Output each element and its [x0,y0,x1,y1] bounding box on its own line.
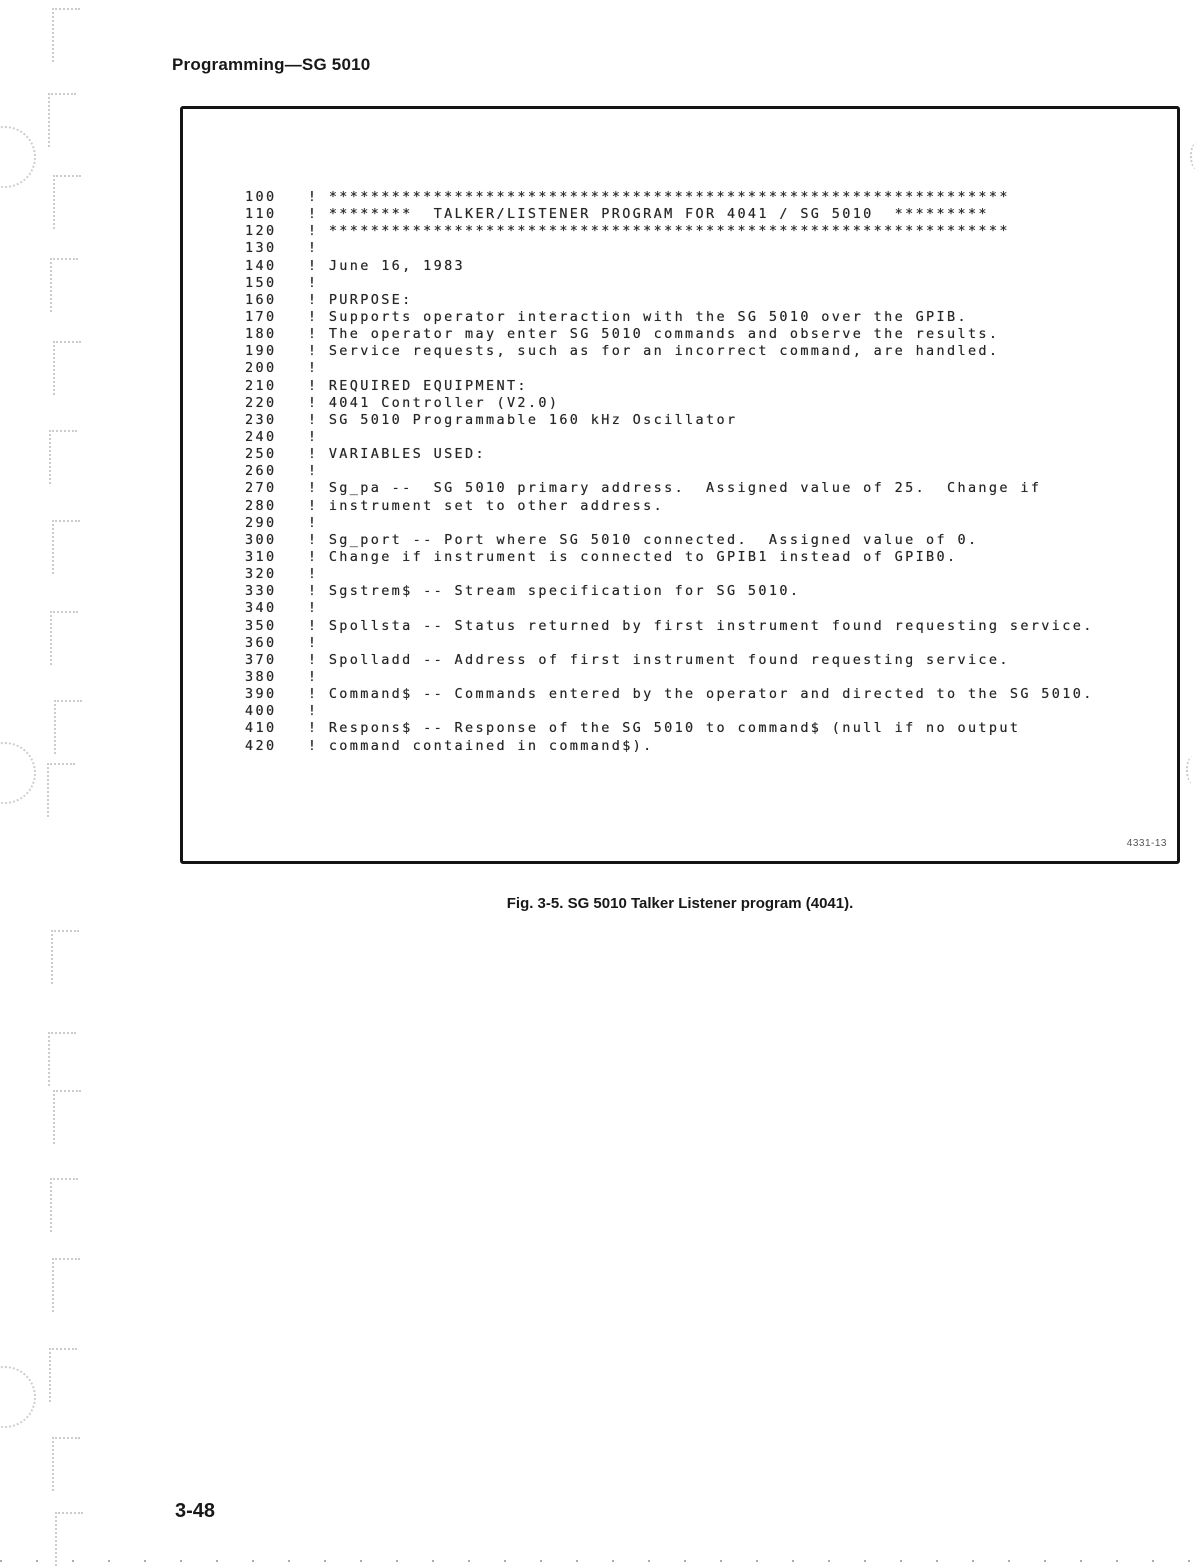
scan-artifact-bracket [47,763,75,817]
scan-artifact-bracket [49,1348,77,1402]
code-line: 310 ! Change if instrument is connected … [245,549,1094,566]
code-line: 110 ! ******** TALKER/LISTENER PROGRAM F… [245,206,1094,223]
page-header-title: Programming—SG 5010 [172,55,370,75]
code-line: 380 ! [245,669,1094,686]
scan-artifact-bottom-edge [0,1560,1200,1562]
code-line: 360 ! [245,635,1094,652]
code-line: 220 ! 4041 Controller (V2.0) [245,395,1094,412]
scan-artifact-bracket [48,1032,76,1086]
scan-artifact-curve [1186,756,1200,784]
code-line: 320 ! [245,566,1094,583]
code-line: 300 ! Sg_port -- Port where SG 5010 conn… [245,532,1094,549]
code-line: 230 ! SG 5010 Programmable 160 kHz Oscil… [245,412,1094,429]
code-line: 280 ! instrument set to other address. [245,498,1094,515]
figure-caption: Fig. 3-5. SG 5010 Talker Listener progra… [180,895,1180,912]
code-line: 270 ! Sg_pa -- SG 5010 primary address. … [245,480,1094,497]
code-line: 260 ! [245,463,1094,480]
code-line: 370 ! Spolladd -- Address of first instr… [245,652,1094,669]
code-line: 390 ! Command$ -- Commands entered by th… [245,686,1094,703]
code-line: 200 ! [245,360,1094,377]
code-line: 240 ! [245,429,1094,446]
scan-artifact-bracket [52,520,80,574]
code-line: 350 ! Spollsta -- Status returned by fir… [245,618,1094,635]
scan-artifact-curve [1190,142,1200,170]
code-line: 400 ! [245,703,1094,720]
scan-artifact-bracket [48,93,76,147]
scan-artifact-bracket [52,1258,80,1312]
scan-artifact-bracket [52,1437,80,1491]
code-line: 140 ! June 16, 1983 [245,258,1094,275]
code-line: 120 ! **********************************… [245,223,1094,240]
code-line: 340 ! [245,600,1094,617]
scan-artifact-bracket [50,1178,78,1232]
program-listing-box: 100 ! **********************************… [180,106,1180,864]
scan-artifact-bracket [50,258,78,312]
program-listing: 100 ! **********************************… [245,189,1094,755]
code-line: 250 ! VARIABLES USED: [245,446,1094,463]
scan-artifact-bracket [50,611,78,665]
scan-artifact-bracket [49,430,77,484]
code-line: 150 ! [245,275,1094,292]
scan-artifact-bracket [51,930,79,984]
scan-artifact-bracket [55,1512,83,1566]
code-line: 410 ! Respons$ -- Response of the SG 501… [245,720,1094,737]
code-line: 160 ! PURPOSE: [245,292,1094,309]
scan-artifact-bracket [52,8,80,62]
code-line: 330 ! Sgstrem$ -- Stream specification f… [245,583,1094,600]
scan-artifact-bracket [53,341,81,395]
scan-artifact-punch-hole [0,742,36,804]
code-line: 130 ! [245,240,1094,257]
code-line: 100 ! **********************************… [245,189,1094,206]
scan-artifact-bracket [53,1090,81,1144]
code-line: 210 ! REQUIRED EQUIPMENT: [245,378,1094,395]
figure-part-number: 4331-13 [1127,838,1167,849]
scan-artifact-bracket [54,700,82,754]
code-line: 180 ! The operator may enter SG 5010 com… [245,326,1094,343]
scan-artifact-punch-hole [0,126,36,188]
scan-artifact-bracket [53,175,81,229]
code-line: 290 ! [245,515,1094,532]
scan-artifact-punch-hole [0,1366,36,1428]
code-line: 420 ! command contained in command$). [245,738,1094,755]
code-line: 170 ! Supports operator interaction with… [245,309,1094,326]
page-number: 3-48 [175,1500,215,1523]
code-line: 190 ! Service requests, such as for an i… [245,343,1094,360]
